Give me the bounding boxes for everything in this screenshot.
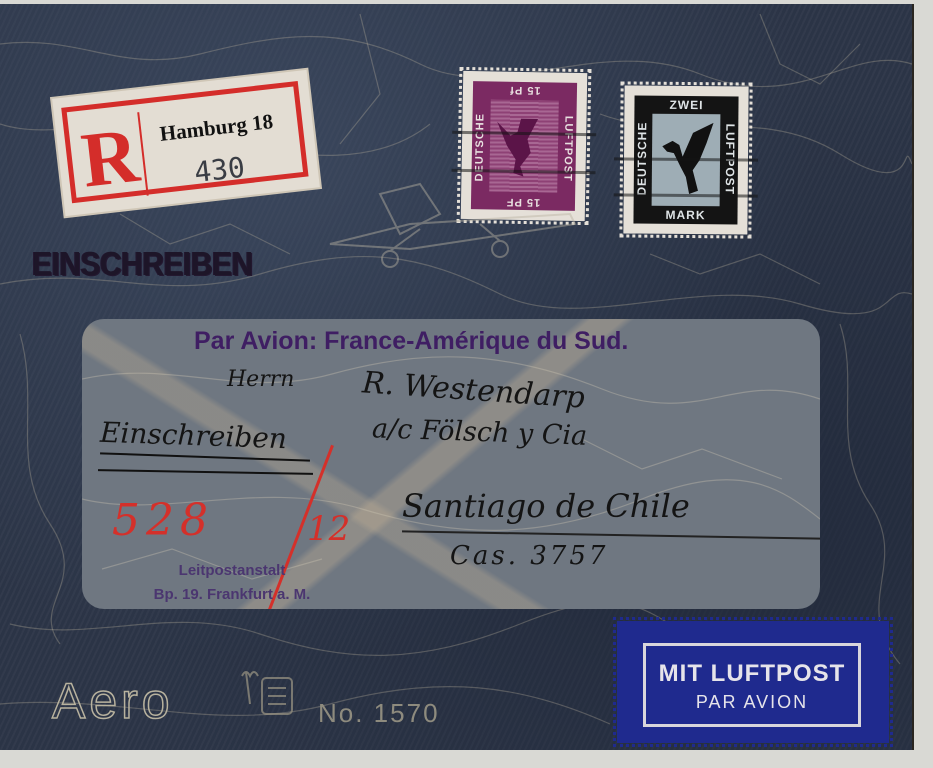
address-salutation: Herrn [227, 367, 294, 392]
aero-number: No. 1570 [318, 698, 440, 729]
airmail-main-text: MIT LUFTPOST [646, 660, 858, 688]
manuscript-registered-note: Einschreiben [99, 416, 287, 456]
aero-logo-icon [236, 664, 300, 728]
registration-frame: R Hamburg 18 430 [61, 81, 308, 203]
red-suffix: 12 [307, 509, 350, 549]
airmail-label: MIT LUFTPOST PAR AVION [617, 621, 889, 743]
route-stamp: Par Avion: France-Amérique du Sud. [194, 327, 628, 356]
registration-letter: R [74, 112, 149, 203]
office-stamp: Leitpostanstalt Bp. 19. Frankfurt a. M. [112, 559, 352, 607]
registration-number: 430 [193, 151, 247, 190]
registration-office: Hamburg 18 [158, 109, 274, 147]
registered-stamp: EINSCHREIBEN [32, 246, 253, 284]
aero-brand: Aero [52, 672, 174, 730]
address-box: Cas. 3757 [450, 541, 608, 571]
office-stamp-line1: Leitpostanstalt [112, 559, 352, 583]
address-city: Santiago de Chile [402, 487, 690, 525]
red-number: 528 [112, 495, 214, 546]
airplane-watermark-icon [320, 174, 580, 274]
stamp-2-mark: ZWEI MARK DEUTSCHE LUFTPOST [623, 85, 748, 234]
airmail-frame: MIT LUFTPOST PAR AVION [643, 643, 861, 727]
envelope: R Hamburg 18 430 15 PF 15 Pf LUFTPOST DE… [0, 4, 914, 750]
address-window: Par Avion: France-Amérique du Sud. Herrn… [82, 319, 820, 609]
airmail-sub-text: PAR AVION [646, 692, 858, 713]
office-stamp-line2: Bp. 19. Frankfurt a. M. [112, 583, 352, 607]
stamp-15-bottom-text: 15 Pf [473, 83, 577, 97]
